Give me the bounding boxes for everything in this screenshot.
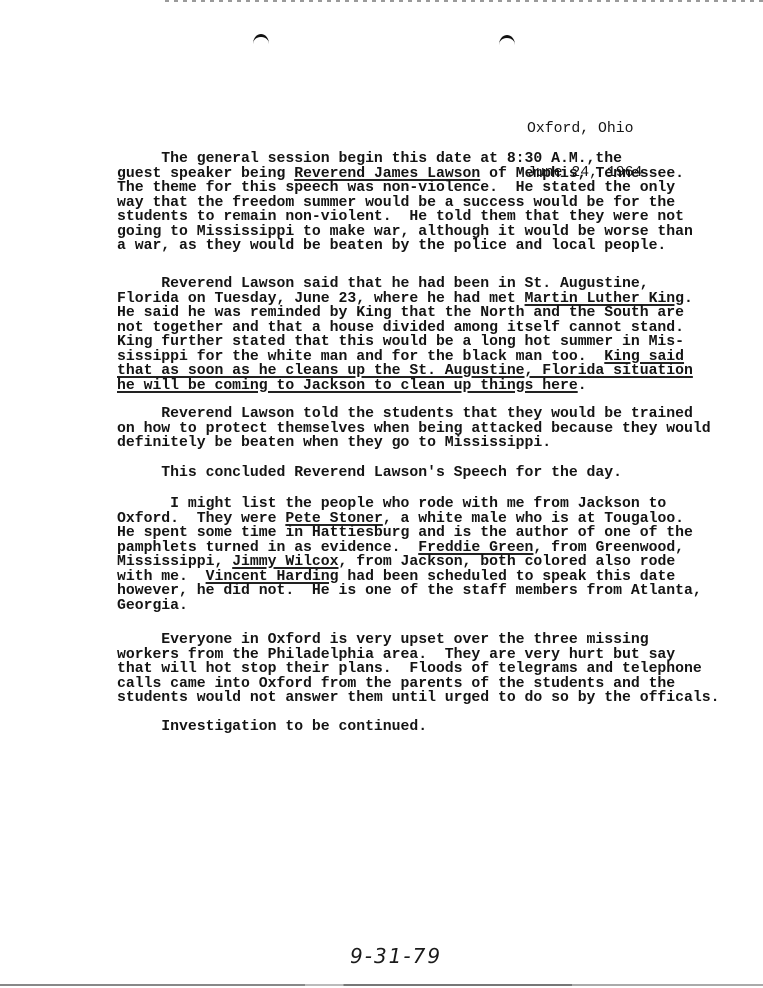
- text-line: guest speaker being Reverend James Lawso…: [117, 167, 693, 182]
- text-line: however, he did not. He is one of the st…: [117, 584, 702, 599]
- text-line: I might list the people who rode with me…: [117, 497, 702, 512]
- paragraph-5: I might list the people who rode with me…: [117, 497, 702, 613]
- text-segment: .: [684, 291, 693, 307]
- text-line: This concluded Reverend Lawson's Speech …: [117, 466, 622, 481]
- text-line: The general session begin this date at 8…: [117, 152, 693, 167]
- top-perforation-line: [165, 0, 763, 2]
- text-line: he will be coming to Jackson to clean up…: [117, 379, 693, 394]
- punch-hole-mark-right: [499, 35, 515, 45]
- bottom-scan-edge: [0, 984, 763, 986]
- paragraph-6: Everyone in Oxford is very upset over th…: [117, 633, 719, 706]
- paragraph-7: Investigation to be continued.: [117, 720, 427, 735]
- paragraph-2: Reverend Lawson said that he had been in…: [117, 277, 693, 393]
- text-segment: .: [578, 378, 587, 394]
- text-line: Reverend Lawson said that he had been in…: [117, 277, 693, 292]
- text-line: that as soon as he cleans up the St. Aug…: [117, 364, 693, 379]
- text-line: definitely be beaten when they go to Mis…: [117, 436, 711, 451]
- text-line: on how to protect themselves when being …: [117, 422, 711, 437]
- text-segment: Investigation to be continued.: [117, 719, 427, 735]
- text-segment: students would not answer them until urg…: [117, 690, 719, 706]
- text-line: King further stated that this would be a…: [117, 335, 693, 350]
- text-segment: however, he did not. He is one of the st…: [117, 583, 702, 599]
- text-segment: a war, as they would be beaten by the po…: [117, 238, 666, 254]
- text-segment: This concluded Reverend Lawson's Speech …: [117, 465, 622, 481]
- text-line: going to Mississippi to make war, althou…: [117, 225, 693, 240]
- text-line: He said he was reminded by King that the…: [117, 306, 693, 321]
- paragraph-1: The general session begin this date at 8…: [117, 152, 693, 254]
- handwritten-file-number: 9-31-79: [350, 944, 442, 968]
- text-line: The theme for this speech was non-violen…: [117, 181, 693, 196]
- punch-hole-mark-left: [253, 34, 269, 44]
- text-line: pamphlets turned in as evidence. Freddie…: [117, 541, 702, 556]
- text-line: Mississippi, Jimmy Wilcox, from Jackson,…: [117, 555, 702, 570]
- text-line: Investigation to be continued.: [117, 720, 427, 735]
- text-line: Everyone in Oxford is very upset over th…: [117, 633, 719, 648]
- text-line: a war, as they would be beaten by the po…: [117, 239, 693, 254]
- text-line: that will hot stop their plans. Floods o…: [117, 662, 719, 677]
- location-line: Oxford, Ohio: [527, 122, 642, 137]
- text-line: Oxford. They were Pete Stoner, a white m…: [117, 512, 702, 527]
- text-line: calls came into Oxford from the parents …: [117, 677, 719, 692]
- text-line: with me. Vincent Harding had been schedu…: [117, 570, 702, 585]
- text-line: way that the freedom summer would be a s…: [117, 196, 693, 211]
- paragraph-3: Reverend Lawson told the students that t…: [117, 407, 711, 451]
- paragraph-4: This concluded Reverend Lawson's Speech …: [117, 466, 622, 481]
- text-line: Florida on Tuesday, June 23, where he ha…: [117, 292, 693, 307]
- text-segment: Georgia.: [117, 598, 188, 614]
- text-line: workers from the Philadelphia area. They…: [117, 648, 719, 663]
- text-line: Reverend Lawson told the students that t…: [117, 407, 711, 422]
- text-line: students would not answer them until urg…: [117, 691, 719, 706]
- underlined-text: he will be coming to Jackson to clean up…: [117, 378, 578, 394]
- text-line: He spent some time in Hattiesburg and is…: [117, 526, 702, 541]
- text-line: students to remain non-violent. He told …: [117, 210, 693, 225]
- text-line: sissippi for the white man and for the b…: [117, 350, 693, 365]
- text-line: not together and that a house divided am…: [117, 321, 693, 336]
- text-line: Georgia.: [117, 599, 702, 614]
- text-segment: definitely be beaten when they go to Mis…: [117, 435, 551, 451]
